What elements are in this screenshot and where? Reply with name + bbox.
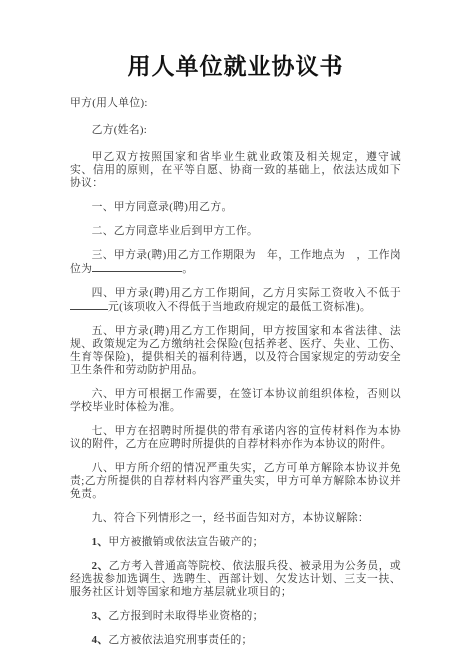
item-number: 1、 bbox=[92, 536, 109, 548]
salary-blank-field bbox=[70, 300, 108, 310]
item-text: 甲方被撤销或依法宣告破产的； bbox=[108, 536, 263, 548]
termination-item-4: 4、乙方被依法追究刑事责任的； bbox=[70, 634, 401, 647]
termination-item-1: 1、甲方被撤销或依法宣告破产的； bbox=[70, 536, 401, 549]
item-text: 乙方被依法追究刑事责任的； bbox=[108, 634, 252, 646]
clause-3-text-end: 。 bbox=[182, 263, 193, 275]
clause-8: 八、甲方所介绍的情况严重失实，乙方可单方解除本协议并免责;乙方所提供的自荐材料内… bbox=[70, 462, 401, 501]
clause-9: 九、符合下列情形之一，经书面告知对方，本协议解除： bbox=[70, 512, 401, 525]
document-title: 用人单位就业协议书 bbox=[70, 52, 401, 82]
job-position-blank-field bbox=[92, 262, 182, 272]
clause-7: 七、甲方在招聘时所提供的带有承诺内容的宣传材料作为本协议的附件，乙方在应聘时所提… bbox=[70, 425, 401, 451]
item-number: 2、 bbox=[92, 560, 109, 572]
item-text: 乙方考入普通高等院校、依法服兵役、被录用为公务员，或经选拔参加选调生、选聘生、西… bbox=[70, 560, 401, 598]
clause-3: 三、甲方录(聘)用乙方工作期限为 年，工作地点为 ，工作岗位为。 bbox=[70, 249, 401, 276]
item-text: 乙方报到时未取得毕业资格的； bbox=[108, 610, 263, 622]
termination-item-2: 2、乙方考入普通高等院校、依法服兵役、被录用为公务员，或经选拔参加选调生、选聘生… bbox=[70, 560, 401, 599]
party-b-label: 乙方(姓名): bbox=[70, 124, 401, 137]
clause-2: 二、乙方同意毕业后到甲方工作。 bbox=[70, 225, 401, 238]
agreement-document-page: 用人单位就业协议书 甲方(用人单位): 乙方(姓名): 甲乙双方按照国家和省毕业… bbox=[0, 0, 463, 655]
preamble-paragraph: 甲乙双方按照国家和省毕业生就业政策及相关规定，遵守诚实、信用的原则，在平等自愿、… bbox=[70, 151, 401, 190]
clause-6: 六、甲方可根据工作需要，在签订本协议前组织体检，否则以学校毕业时体检为准。 bbox=[70, 388, 401, 414]
clause-5: 五、甲方录(聘)用乙方工作期间，甲方按国家和本省法律、法规、政策规定为乙方缴纳社… bbox=[70, 325, 401, 377]
item-number: 4、 bbox=[92, 634, 109, 646]
item-number: 3、 bbox=[92, 610, 109, 622]
termination-item-3: 3、乙方报到时未取得毕业资格的； bbox=[70, 610, 401, 623]
clause-4: 四、甲方录(聘)用乙方工作期间，乙方月实际工资收入不低于元(该项收入不得低于当地… bbox=[70, 287, 401, 314]
party-a-label: 甲方(用人单位): bbox=[70, 97, 401, 110]
clause-1: 一、甲方同意录(聘)用乙方。 bbox=[70, 201, 401, 214]
clause-4-text-end: 元(该项收入不得低于当地政府规定的最低工资标准)。 bbox=[108, 301, 371, 313]
clause-4-text: 四、甲方录(聘)用乙方工作期间，乙方月实际工资收入不低于 bbox=[92, 287, 401, 299]
